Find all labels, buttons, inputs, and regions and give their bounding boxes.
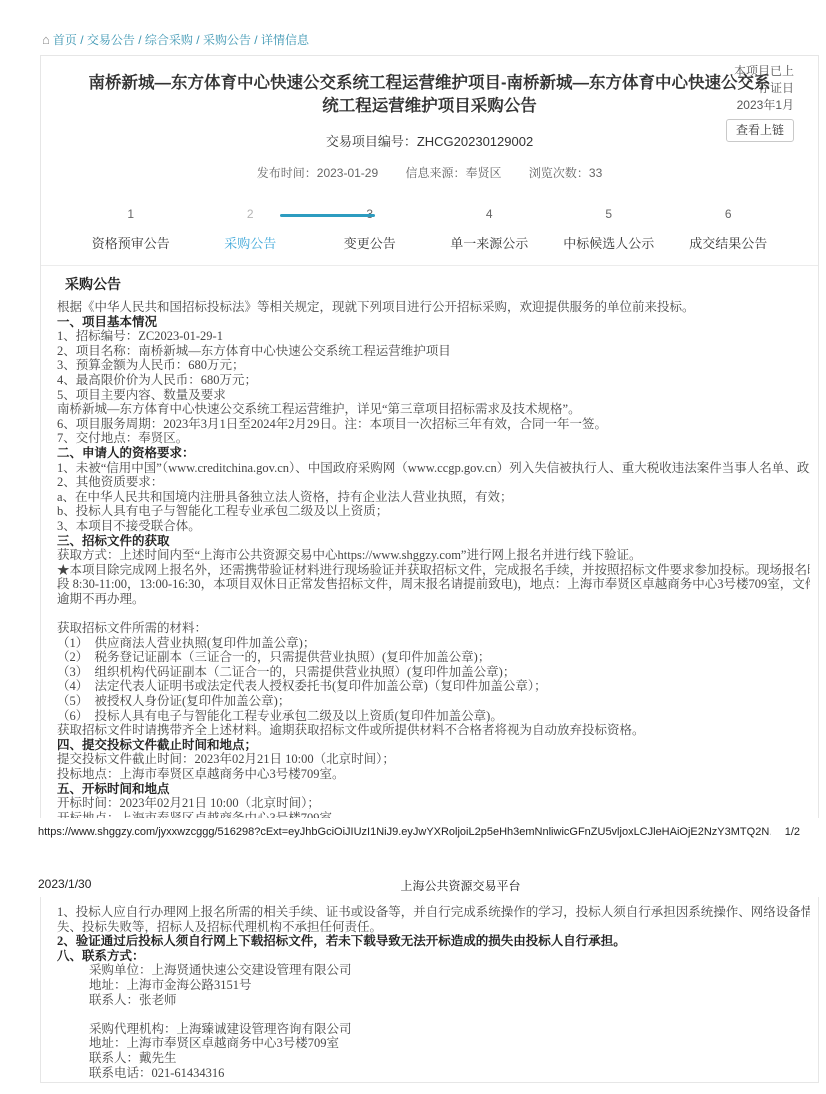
content-line [57, 606, 810, 621]
content-line: 段 8:30-11:00，13:00-16:30，本项目双休日正常发售招标文件，… [57, 577, 810, 592]
content-line: 地址：上海市金海公路3151号 [57, 978, 810, 993]
step-number: 4 [430, 207, 550, 221]
print-header-page2: 2023/1/30 上海公共资源交易平台 [38, 877, 788, 893]
content-line: 3、本项目不接受联合体。 [57, 519, 810, 534]
content-line: 失、投标失败等，招标人及招标代理机构不承担任何责任。 [57, 920, 810, 935]
cert-badge-line3: 2023年1月 [708, 97, 794, 114]
announcement-body-continued: 1、投标人应自行办理网上报名所需的相关手续、证书或设备等，并自行完成系统操作的学… [41, 902, 818, 1080]
step-label[interactable]: 采购公告 [191, 233, 311, 252]
section-heading: 采购公告 [41, 266, 818, 297]
step-number: 1 [71, 207, 191, 221]
home-icon: ⌂ [42, 32, 50, 47]
content-line: 开标地点：上海市奉贤区卓越商务中心3号楼709室。 [57, 811, 810, 818]
content-line: 4、最高限价价为人民币：680万元； [57, 373, 810, 388]
publish-date-label: 发布时间： [257, 166, 317, 180]
content-line: 采购单位：上海贤通快速公交建设管理有限公司 [57, 963, 810, 978]
print-site-title: 上海公共资源交易平台 [133, 877, 788, 894]
content-line: b、投标人具有电子与智能化工程专业承包二级及以上资质； [57, 504, 810, 519]
content-line: a、在中华人民共和国境内注册具备独立法人资格，持有企业法人营业执照，有效； [57, 490, 810, 505]
breadcrumb-link[interactable]: 首页 [53, 33, 87, 47]
cert-badge-line1: 本项目已上 [708, 63, 794, 80]
view-chain-button[interactable]: 查看上链 [726, 119, 794, 142]
content-line: （4） 法定代表人证明书或法定代表人授权委托书(复印件加盖公章)（复印件加盖公章… [57, 679, 810, 694]
content-line: （3） 组织机构代码证副本（二证合一的，只需提供营业执照）(复印件加盖公章)； [57, 665, 810, 680]
project-number-label: 交易项目编号： [326, 134, 417, 149]
content-line: 获取招标文件时请携带齐全上述材料。逾期获取招标文件或所提供材料不合格者将视为自动… [57, 723, 810, 738]
page-title: 南桥新城—东方体育中心快速公交系统工程运营维护项目-南桥新城—东方体育中心快速公… [85, 72, 775, 118]
content-line: （6） 投标人具有电子与智能化工程专业承包二级及以上资质(复印件加盖公章)。 [57, 709, 810, 724]
content-line: 6、项目服务周期：2023年3月1日至2024年2月29日。注：本项目一次招标三… [57, 417, 810, 432]
content-line: 2、验证通过后投标人须自行网上下载招标文件，若未下载导致无法开标造成的损失由投标… [57, 934, 810, 949]
step-item[interactable]: 4 单一来源公示 [430, 207, 550, 252]
step-label[interactable]: 单一来源公示 [430, 233, 550, 252]
content-line: 5、项目主要内容、数量及要求 [57, 388, 810, 403]
views-label: 浏览次数： [529, 166, 589, 180]
step-item[interactable]: 5 中标候选人公示 [549, 207, 669, 252]
content-line: 开标时间：2023年02月21日 10:00（北京时间）； [57, 796, 810, 811]
content-line: 提交投标文件截止时间：2023年02月21日 10:00（北京时间）； [57, 752, 810, 767]
content-line: 采购代理机构：上海臻诚建设管理咨询有限公司 [57, 1022, 810, 1037]
content-line: 获取方式：上述时间内至“上海市公共资源交易中心https://www.shggz… [57, 548, 810, 563]
content-line: 地址：上海市奉贤区卓越商务中心3号楼709室 [57, 1036, 810, 1051]
content-line: 2、其他资质要求： [57, 475, 810, 490]
progress-line [280, 214, 375, 217]
step-item[interactable]: 1 资格预审公告 [71, 207, 191, 252]
content-line: 1、投标人应自行办理网上报名所需的相关手续、证书或设备等，并自行完成系统操作的学… [57, 905, 810, 920]
step-label[interactable]: 资格预审公告 [71, 233, 191, 252]
content-line: 投标地点：上海市奉贤区卓越商务中心3号楼709室。 [57, 767, 810, 782]
breadcrumb: ⌂首页交易公告综合采购采购公告详情信息 [42, 31, 309, 48]
step-item[interactable]: 6 成交结果公告 [669, 207, 789, 252]
announcement-panel: 南桥新城—东方体育中心快速公交系统工程运营维护项目-南桥新城—东方体育中心快速公… [40, 55, 819, 818]
content-line: 3、预算金额为人民币：680万元； [57, 358, 810, 373]
content-line: （1） 供应商法人营业执照(复印件加盖公章)； [57, 636, 810, 651]
step-number: 6 [669, 207, 789, 221]
breadcrumb-link[interactable]: 详情信息 [261, 33, 309, 47]
content-line: （5） 被授权人身份证(复印件加盖公章)； [57, 694, 810, 709]
content-line: 联系人：戴先生 [57, 1051, 810, 1066]
content-line: ★本项目除完成网上报名外，还需携带验证材料进行现场验证并获取招标文件，完成报名手… [57, 563, 810, 578]
content-line: 南桥新城—东方体育中心快速公交系统工程运营维护，详见“第三章项目招标需求及技术规… [57, 402, 810, 417]
content-line: 1、未被“信用中国”（www.creditchina.gov.cn）、中国政府采… [57, 461, 810, 476]
step-label[interactable]: 成交结果公告 [669, 233, 789, 252]
publish-date-value: 2023-01-29 [317, 166, 378, 180]
source-value: 奉贤区 [466, 166, 502, 180]
project-number-value: ZHCG20230129002 [417, 134, 533, 149]
content-line: 一、项目基本情况 [57, 315, 810, 330]
content-line: 逾期不再办理。 [57, 592, 810, 607]
content-line: 五、开标时间和地点 [57, 782, 810, 797]
breadcrumb-link[interactable]: 综合采购 [145, 33, 203, 47]
content-line [57, 1007, 810, 1022]
print-page-number: 1/2 [785, 826, 800, 838]
step-label[interactable]: 变更公告 [310, 233, 430, 252]
step-progress: 1 资格预审公告 2 采购公告 3 变更公告 4 单一来源公示 5 中标候选人公… [71, 207, 788, 252]
content-line: 三、招标文件的获取 [57, 534, 810, 549]
announcement-panel-continued: 1、投标人应自行办理网上报名所需的相关手续、证书或设备等，并自行完成系统操作的学… [40, 897, 819, 1083]
announcement-body: 根据《中华人民共和国招标投标法》等相关规定，现就下列项目进行公开招标采购，欢迎提… [41, 297, 818, 818]
content-line: 2、项目名称：南桥新城—东方体育中心快速公交系统工程运营维护项目 [57, 344, 810, 359]
blockchain-cert-badge: 本项目已上 存证日 2023年1月 查看上链 [708, 63, 794, 142]
project-number-row: 交易项目编号：ZHCG20230129002 [41, 131, 818, 150]
content-line: 联系电话：021-61434316 [57, 1066, 810, 1081]
step-label[interactable]: 中标候选人公示 [549, 233, 669, 252]
content-line: 7、交付地点：奉贤区。 [57, 431, 810, 446]
breadcrumb-link[interactable]: 交易公告 [87, 33, 145, 47]
breadcrumb-link[interactable]: 采购公告 [203, 33, 261, 47]
content-line: 根据《中华人民共和国招标投标法》等相关规定，现就下列项目进行公开招标采购，欢迎提… [57, 300, 810, 315]
content-line: 四、提交投标文件截止时间和地点； [57, 738, 810, 753]
content-line: （2） 税务登记证副本（三证合一的，只需提供营业执照）(复印件加盖公章)； [57, 650, 810, 665]
content-line: 1、招标编号：ZC2023-01-29-1 [57, 329, 810, 344]
content-line: 联系人：张老师 [57, 993, 810, 1008]
print-footer: https://www.shggzy.com/jyxxwzcggg/516298… [38, 826, 800, 838]
content-line: 获取招标文件所需的材料： [57, 621, 810, 636]
meta-row: 发布时间：2023-01-29 信息来源：奉贤区 浏览次数：33 [41, 164, 818, 181]
views-value: 33 [589, 166, 602, 180]
cert-badge-line2: 存证日 [708, 80, 794, 97]
source-label: 信息来源： [406, 166, 466, 180]
print-date: 2023/1/30 [38, 877, 91, 891]
print-url: https://www.shggzy.com/jyxxwzcggg/516298… [38, 826, 771, 838]
step-number: 5 [549, 207, 669, 221]
content-line: 二、申请人的资格要求： [57, 446, 810, 461]
content-line: 八、联系方式： [57, 949, 810, 964]
